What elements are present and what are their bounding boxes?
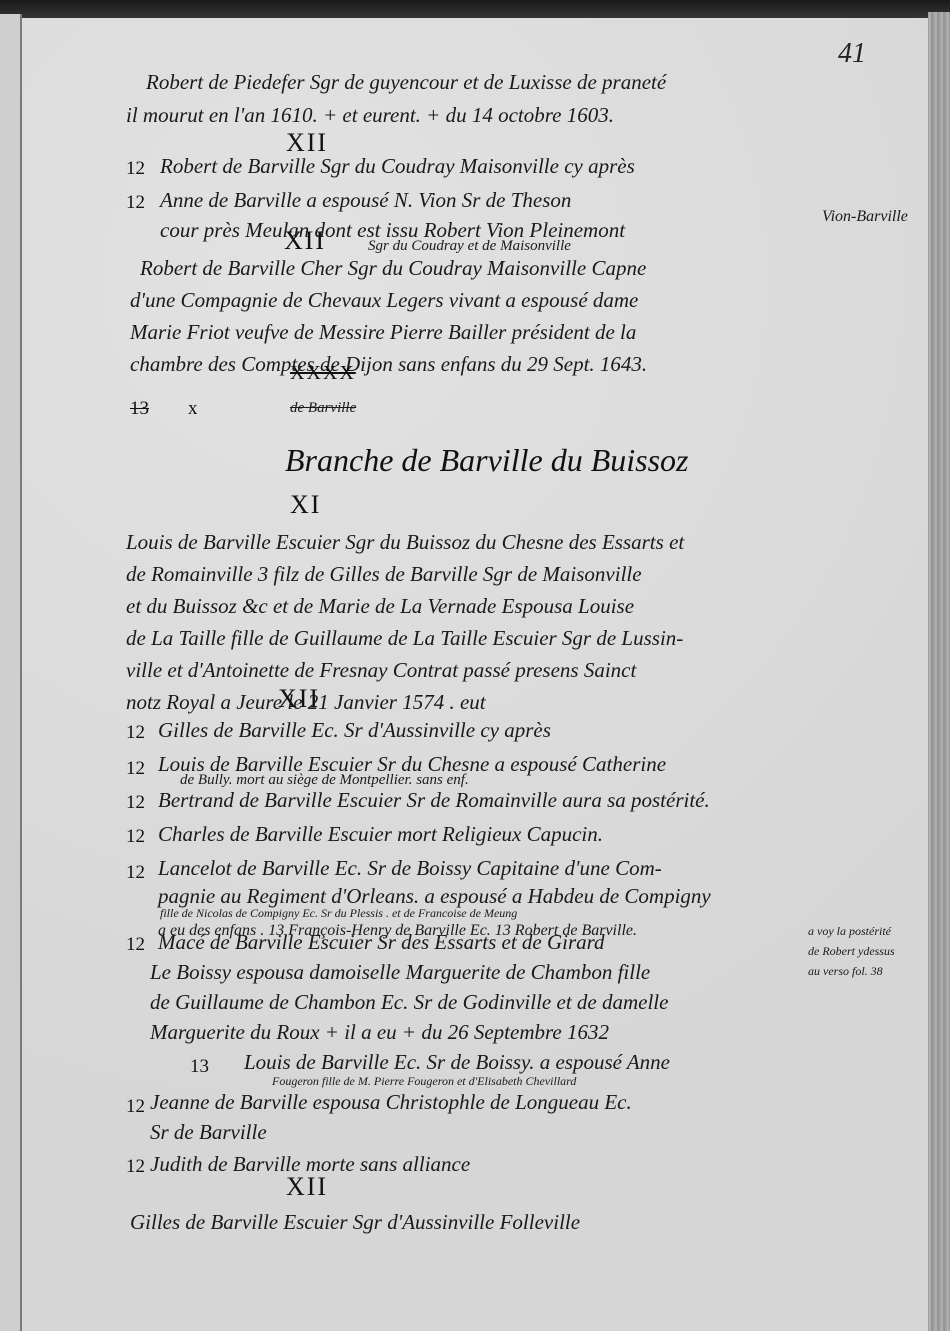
text-line: Louis de Barville Escuier Sgr du Buissoz…: [126, 530, 684, 555]
entry-text: Anne de Barville a espousé N. Vion Sr de…: [160, 188, 571, 213]
struck-number: 13: [130, 398, 149, 420]
entry-text: Bertrand de Barville Escuier Sr de Romai…: [158, 788, 710, 813]
generation-numeral: XII: [278, 684, 320, 714]
entry-number: 12: [126, 792, 145, 814]
entry-number: 12: [126, 862, 145, 884]
margin-note: Vion-Barville: [822, 208, 908, 226]
entry-number: 12: [126, 722, 145, 744]
facing-page-edge: [0, 14, 22, 1331]
text-line: Marie Friot veufve de Messire Pierre Bai…: [130, 320, 636, 345]
entry-text: Macé de Barville Escuier Sr des Essarts …: [158, 930, 605, 955]
text-line: de Romainville 3 filz de Gilles de Barvi…: [126, 562, 642, 587]
struck-numeral: XXXX: [290, 362, 356, 385]
text-line: d'une Compagnie de Chevaux Legers vivant…: [130, 288, 638, 313]
interlinear-note: Sgr du Coudray et de Maisonville: [368, 238, 571, 255]
text-line: il mourut en l'an 1610. + et eurent. + d…: [126, 103, 614, 128]
text-line: Robert de Barville Cher Sgr du Coudray M…: [140, 256, 646, 281]
entry-continuation: Marguerite du Roux + il a eu + du 26 Sep…: [150, 1020, 609, 1045]
entry-text: Jeanne de Barville espousa Christophle d…: [150, 1090, 632, 1115]
generation-numeral: XII: [284, 226, 326, 256]
entry-text: Lancelot de Barville Ec. Sr de Boissy Ca…: [158, 856, 662, 881]
interlinear-note: fille de Nicolas de Compigny Ec. Sr du P…: [160, 906, 517, 921]
entry-text: Louis de Barville Ec. Sr de Boissy. a es…: [244, 1050, 670, 1075]
entry-text: Robert de Barville Sgr du Coudray Maison…: [160, 154, 635, 179]
struck-text: de Barville: [290, 400, 356, 417]
entry-number: 12: [126, 934, 145, 956]
margin-note: au verso fol. 38: [808, 964, 883, 979]
text-line: et du Buissoz &c et de Marie de La Verna…: [126, 594, 634, 619]
struck-mark: x: [188, 398, 198, 420]
entry-subline: Fougeron fille de M. Pierre Fougeron et …: [272, 1074, 576, 1089]
entry-continuation: de Guillaume de Chambon Ec. Sr de Godinv…: [150, 990, 668, 1015]
folio-number: 41: [838, 38, 866, 70]
text-line: Robert de Piedefer Sgr de guyencour et d…: [146, 70, 666, 95]
margin-note: a voy la postérité: [808, 924, 891, 939]
entry-text: Gilles de Barville Ec. Sr d'Aussinville …: [158, 718, 551, 743]
entry-number: 13: [190, 1056, 209, 1078]
text-line: Gilles de Barville Escuier Sgr d'Aussinv…: [130, 1210, 580, 1235]
entry-subline: de Bully. mort au siège de Montpellier. …: [180, 772, 469, 789]
entry-number: 12: [126, 1096, 145, 1118]
entry-number: 12: [126, 1156, 145, 1178]
entry-text: Charles de Barville Escuier mort Religie…: [158, 822, 603, 847]
entry-number: 12: [126, 158, 145, 180]
generation-numeral: XI: [290, 490, 321, 520]
margin-note: de Robert ydessus: [808, 944, 895, 959]
text-line: ville et d'Antoinette de Fresnay Contrat…: [126, 658, 636, 683]
page-stack-edge: [928, 12, 950, 1331]
generation-numeral: XII: [286, 1172, 328, 1202]
branch-heading: Branche de Barville du Buissoz: [285, 442, 688, 479]
entry-continuation: Sr de Barville: [150, 1120, 267, 1145]
text-line: chambre des Comptes de Dijon sans enfans…: [130, 352, 647, 377]
entry-number: 12: [126, 826, 145, 848]
text-line: de La Taille fille de Guillaume de La Ta…: [126, 626, 683, 651]
entry-number: 12: [126, 758, 145, 780]
entry-continuation: Le Boissy espousa damoiselle Marguerite …: [150, 960, 650, 985]
entry-number: 12: [126, 192, 145, 214]
